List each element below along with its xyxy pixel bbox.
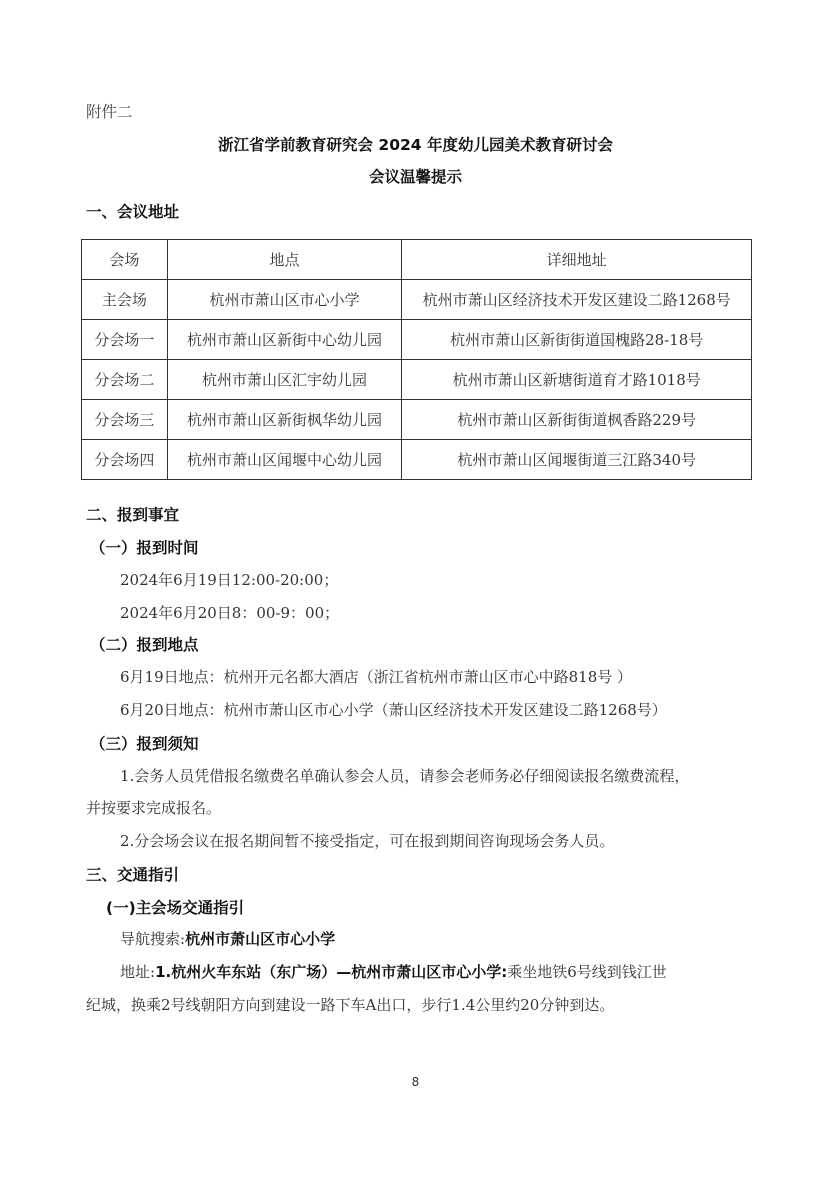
navigation-value: 杭州市萧山区市心小学 [185, 930, 335, 948]
notice-item-2: 2.分会场会议在报名期间暂不接受指定，可在报到期间咨询现场会务人员。 [120, 830, 614, 851]
attachment-label: 附件二 [86, 100, 133, 122]
subheading-registration-time: （一）报到时间 [90, 536, 199, 558]
table-cell: 杭州市萧山区经济技术开发区建设二路1268号 [402, 280, 752, 320]
venue-table: 会场 地点 详细地址 主会场 杭州市萧山区市心小学 杭州市萧山区经济技术开发区建… [81, 239, 752, 480]
section-heading-transport: 三、交通指引 [86, 863, 179, 885]
subheading-main-venue-transport: (一)主会场交通指引 [106, 896, 244, 918]
table-cell: 杭州市萧山区闻堰中心幼儿园 [167, 440, 402, 480]
table-row: 分会场一 杭州市萧山区新街中心幼儿园 杭州市萧山区新街街道国槐路28-18号 [82, 320, 752, 360]
table-cell: 杭州市萧山区新街中心幼儿园 [167, 320, 402, 360]
table-cell: 分会场二 [82, 360, 168, 400]
address-route-line: 地址:1.杭州火车东站（东广场）—杭州市萧山区市心小学:乘坐地铁6号线到钱江世 [120, 961, 667, 982]
table-cell: 主会场 [82, 280, 168, 320]
table-row: 分会场四 杭州市萧山区闻堰中心幼儿园 杭州市萧山区闻堰街道三江路340号 [82, 440, 752, 480]
address-route: 1.杭州火车东站（东广场）—杭州市萧山区市心小学: [155, 963, 507, 981]
table-cell: 杭州市萧山区新塘街道育才路1018号 [402, 360, 752, 400]
section-heading-registration: 二、报到事宜 [86, 503, 179, 525]
notice-item-1-continued: 并按要求完成报名。 [86, 797, 221, 818]
table-row: 主会场 杭州市萧山区市心小学 杭州市萧山区经济技术开发区建设二路1268号 [82, 280, 752, 320]
document-title: 浙江省学前教育研究会 2024 年度幼儿园美术教育研讨会 [0, 133, 831, 155]
document-subtitle: 会议温馨提示 [0, 165, 831, 187]
address-label: 地址: [120, 963, 155, 981]
table-cell: 分会场四 [82, 440, 168, 480]
table-header-row: 会场 地点 详细地址 [82, 240, 752, 280]
page-number: 8 [0, 1075, 831, 1089]
table-cell: 杭州市萧山区新街枫华幼儿园 [167, 400, 402, 440]
table-row: 分会场二 杭州市萧山区汇宇幼儿园 杭州市萧山区新塘街道育才路1018号 [82, 360, 752, 400]
header-cell: 地点 [167, 240, 402, 280]
address-text-continued: 纪城，换乘2号线朝阳方向到建设一路下车A出口，步行1.4公里约20分钟到达。 [86, 994, 614, 1015]
table-row: 分会场三 杭州市萧山区新街枫华幼儿园 杭州市萧山区新街街道枫香路229号 [82, 400, 752, 440]
navigation-label: 导航搜索: [120, 930, 185, 948]
table-cell: 杭州市萧山区新街街道国槐路28-18号 [402, 320, 752, 360]
registration-time-line: 2024年6月19日12:00-20:00； [120, 569, 338, 590]
table-cell: 杭州市萧山区市心小学 [167, 280, 402, 320]
section-heading-venue: 一、会议地址 [86, 200, 179, 222]
table-cell: 分会场三 [82, 400, 168, 440]
navigation-search-line: 导航搜索:杭州市萧山区市心小学 [120, 928, 335, 949]
table-cell: 分会场一 [82, 320, 168, 360]
notice-item-1: 1.会务人员凭借报名缴费名单确认参会人员，请参会老师务必仔细阅读报名缴费流程， [120, 765, 689, 786]
header-cell: 详细地址 [402, 240, 752, 280]
table-cell: 杭州市萧山区新街街道枫香路229号 [402, 400, 752, 440]
table-cell: 杭州市萧山区闻堰街道三江路340号 [402, 440, 752, 480]
subheading-registration-place: （二）报到地点 [90, 633, 199, 655]
registration-time-line: 2024年6月20日8：00-9：00； [120, 602, 339, 623]
subheading-registration-notice: （三）报到须知 [90, 732, 199, 754]
address-text: 乘坐地铁6号线到钱江世 [507, 963, 667, 981]
registration-place-line: 6月19日地点：杭州开元名都大酒店（浙江省杭州市萧山区市心中路818号 ） [120, 666, 632, 687]
header-cell: 会场 [82, 240, 168, 280]
table-cell: 杭州市萧山区汇宇幼儿园 [167, 360, 402, 400]
registration-place-line: 6月20日地点：杭州市萧山区市心小学（萧山区经济技术开发区建设二路1268号） [120, 699, 667, 720]
